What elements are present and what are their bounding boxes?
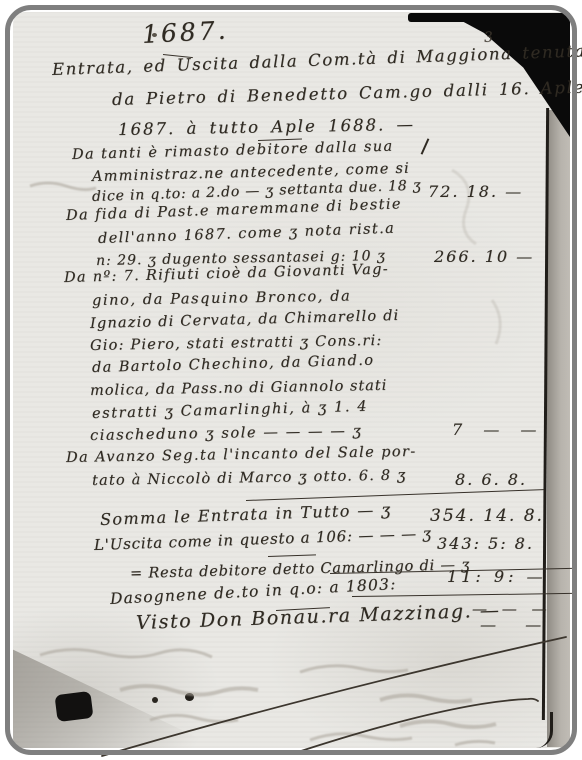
- attestation-trailing-dashes: — —: [480, 615, 553, 634]
- summary-entrata-amount: 354. 14. 8.: [430, 506, 544, 526]
- summary-uscita-amount: 343: 5: 8.: [437, 534, 534, 553]
- folio-number: 3: [483, 29, 493, 46]
- entry3-amount: 266. 10 —: [434, 247, 534, 266]
- manuscript-scan-page: 3 1687. Entrata, ed Uscita dalla Com.tà …: [0, 0, 582, 760]
- summary-resta-amount: 11: 9: —: [447, 567, 547, 586]
- year-heading: 1687.: [141, 15, 229, 48]
- entry2-amount: 72. 18. —: [428, 182, 523, 201]
- entry5-amount: 8. 6. 8.: [455, 470, 527, 489]
- entry4-amount: 7 — —: [452, 420, 544, 439]
